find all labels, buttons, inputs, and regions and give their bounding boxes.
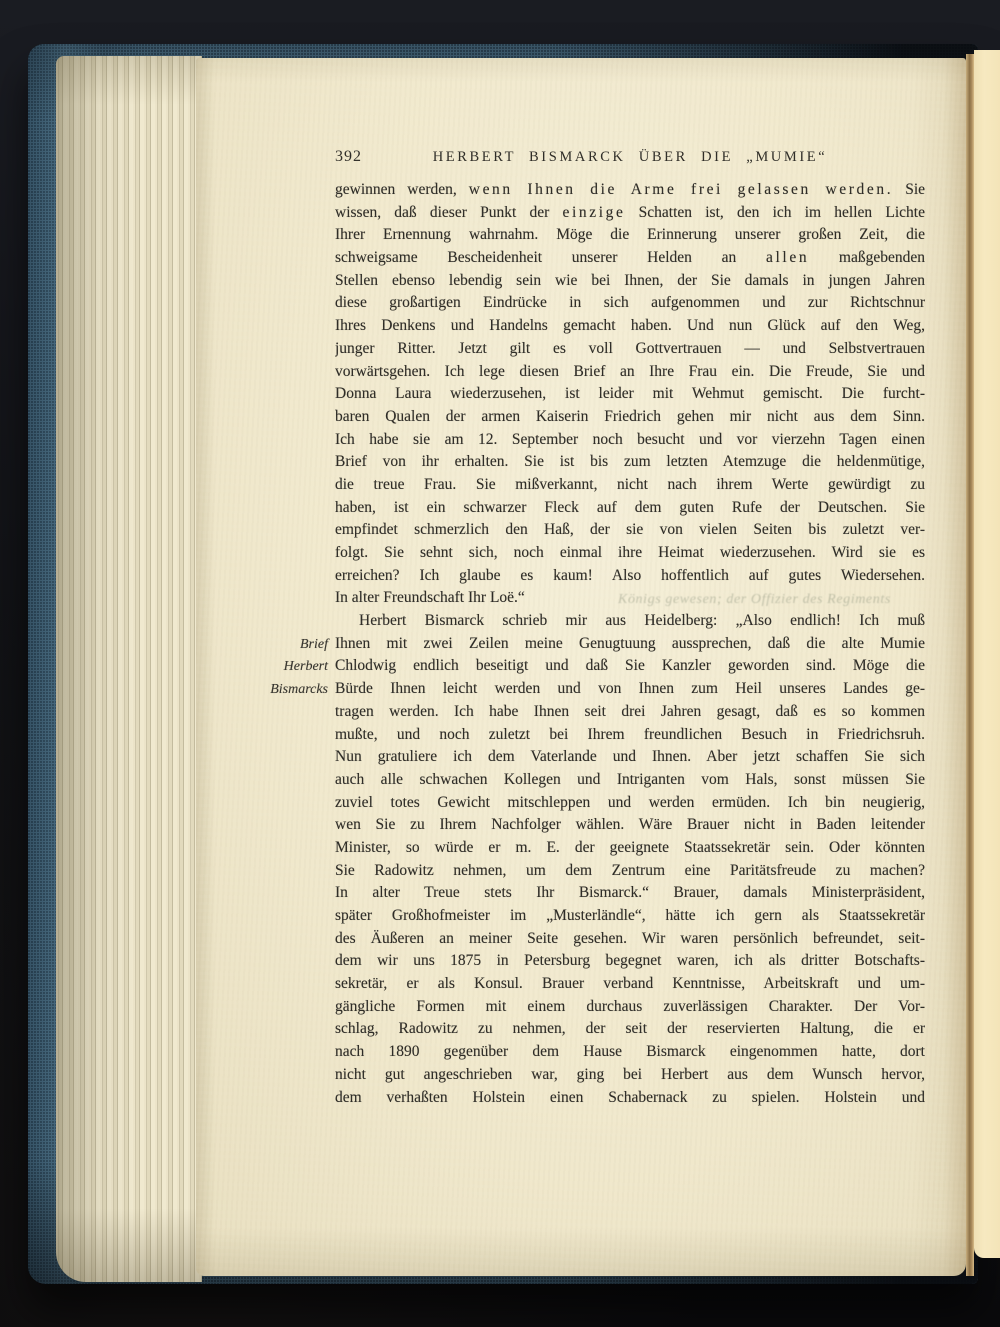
text-line: Chlodwig endlich beseitigt und daß Sie K… xyxy=(335,655,925,678)
margin-note: BriefHerbertBismarcks xyxy=(224,634,328,701)
page-fore-edge-stack xyxy=(56,56,202,1282)
text-line: dem wir uns 1875 in Petersburg begegnet … xyxy=(335,950,925,973)
text-line: Minister, so würde er m. E. der geeignet… xyxy=(335,837,925,860)
text-line: später Großhofmeister im „Musterländle“,… xyxy=(335,905,925,928)
text-line: Sie Radowitz nehmen, um dem Zentrum eine… xyxy=(335,860,925,883)
text-line: dem verhaßten Holstein einen Schabernack… xyxy=(335,1087,925,1110)
text-segment: Schatten ist, den ich im hellen Lichte xyxy=(625,204,925,221)
margin-note-line: Brief xyxy=(224,634,328,656)
paragraph: Herbert Bismarck schrieb mir aus Heidelb… xyxy=(335,610,925,1109)
text-line: die treue Frau. Sie mißverkannt, nicht n… xyxy=(335,474,925,497)
margin-note-line: Herbert xyxy=(224,656,328,678)
text-line: vorwärtsgehen. Ich lege diesen Brief an … xyxy=(335,361,925,384)
text-line: Ihres Denkens und Handelns gemacht haben… xyxy=(335,315,925,338)
text-line: Herbert Bismarck schrieb mir aus Heidelb… xyxy=(335,610,925,633)
text-line: schweigsame Bescheidenheit unserer Helde… xyxy=(335,247,925,270)
text-line: In alter Freundschaft Ihr Loë.“ xyxy=(335,587,925,610)
text-line: diese großartigen Eindrücke in sich aufg… xyxy=(335,292,925,315)
text-line: Ihnen mit zwei Zeilen meine Genugtuung a… xyxy=(335,633,925,656)
text-line: Nun gratuliere ich dem Vaterlande und Ih… xyxy=(335,746,925,769)
facing-page-edge xyxy=(974,50,1000,1258)
book-page: 392 HERBERT BISMARCK ÜBER DIE „MUMIE“ Kö… xyxy=(196,58,966,1276)
text-line: Brief von ihr erhalten. Sie ist bis zum … xyxy=(335,451,925,474)
text-line: nicht gut angeschrieben war, ging bei He… xyxy=(335,1064,925,1087)
text-line: tragen werden. Ich habe Ihnen seit drei … xyxy=(335,701,925,724)
text-line: erreichen? Ich glaube es kaum! Also hoff… xyxy=(335,565,925,588)
text-line: baren Qualen der armen Kaiserin Friedric… xyxy=(335,406,925,429)
text-line: Stellen ebenso lebendig sein wie bei Ihn… xyxy=(335,270,925,293)
text-segment: wissen, daß dieser Punkt der xyxy=(335,204,563,221)
text-line: schlag, Radowitz zu nehmen, der seit der… xyxy=(335,1018,925,1041)
text-line: sekretär, er als Konsul. Brauer verband … xyxy=(335,973,925,996)
text-line: wissen, daß dieser Punkt der einzige Sch… xyxy=(335,202,925,225)
text-line: haben, ist ein schwarzer Fleck auf dem g… xyxy=(335,497,925,520)
running-head: HERBERT BISMARCK ÜBER DIE „MUMIE“ xyxy=(335,149,925,166)
text-line: gewinnen werden, wenn Ihnen die Arme fre… xyxy=(335,179,925,202)
text-line: folgt. Sie sehnt sich, noch einmal ihre … xyxy=(335,542,925,565)
text-line: junger Ritter. Jetzt gilt es voll Gottve… xyxy=(335,338,925,361)
book-photograph: 392 HERBERT BISMARCK ÜBER DIE „MUMIE“ Kö… xyxy=(0,0,1000,1327)
text-line: zuviel totes Gewicht mitschleppen und we… xyxy=(335,792,925,815)
letterspaced-emphasis: einzige xyxy=(563,204,626,221)
text-line: auch alle schwachen Kollegen und Intriga… xyxy=(335,769,925,792)
gutter-shadow xyxy=(966,54,974,1276)
text-line: wen Sie zu Ihrem Nachfolger wählen. Wäre… xyxy=(335,814,925,837)
text-segment: schweigsame Bescheidenheit unserer Helde… xyxy=(335,249,766,266)
text-segment: gewinnen werden, xyxy=(335,181,469,198)
text-line: Ich habe sie am 12. September noch besuc… xyxy=(335,429,925,452)
body-text: gewinnen werden, wenn Ihnen die Arme fre… xyxy=(335,179,925,1109)
text-line: Donna Laura wiederzusehen, ist leider mi… xyxy=(335,383,925,406)
paragraph: gewinnen werden, wenn Ihnen die Arme fre… xyxy=(335,179,925,610)
text-line: Ihrer Ernennung wahrnahm. Möge die Erinn… xyxy=(335,224,925,247)
text-line: mußte, und noch zuletzt bei Ihrem freund… xyxy=(335,724,925,747)
letterspaced-emphasis: wenn Ihnen die Arme frei gelassen werden… xyxy=(469,181,893,198)
text-segment: maßgebenden xyxy=(809,249,925,266)
margin-note-line: Bismarcks xyxy=(224,679,328,701)
page-header: 392 HERBERT BISMARCK ÜBER DIE „MUMIE“ xyxy=(335,148,925,170)
text-line: Bürde Ihnen leicht werden und von Ihnen … xyxy=(335,678,925,701)
text-line: In alter Treue stets Ihr Bismarck.“ Brau… xyxy=(335,882,925,905)
text-line: nach 1890 gegenüber dem Hause Bismarck e… xyxy=(335,1041,925,1064)
text-line: empfindet schmerzlich den Haß, der sie v… xyxy=(335,519,925,542)
text-segment: Sie xyxy=(893,181,925,198)
text-line: des Äußeren an meiner Seite gesehen. Wir… xyxy=(335,928,925,951)
text-line: gängliche Formen mit einem durchaus zuve… xyxy=(335,996,925,1019)
letterspaced-emphasis: allen xyxy=(766,249,809,266)
